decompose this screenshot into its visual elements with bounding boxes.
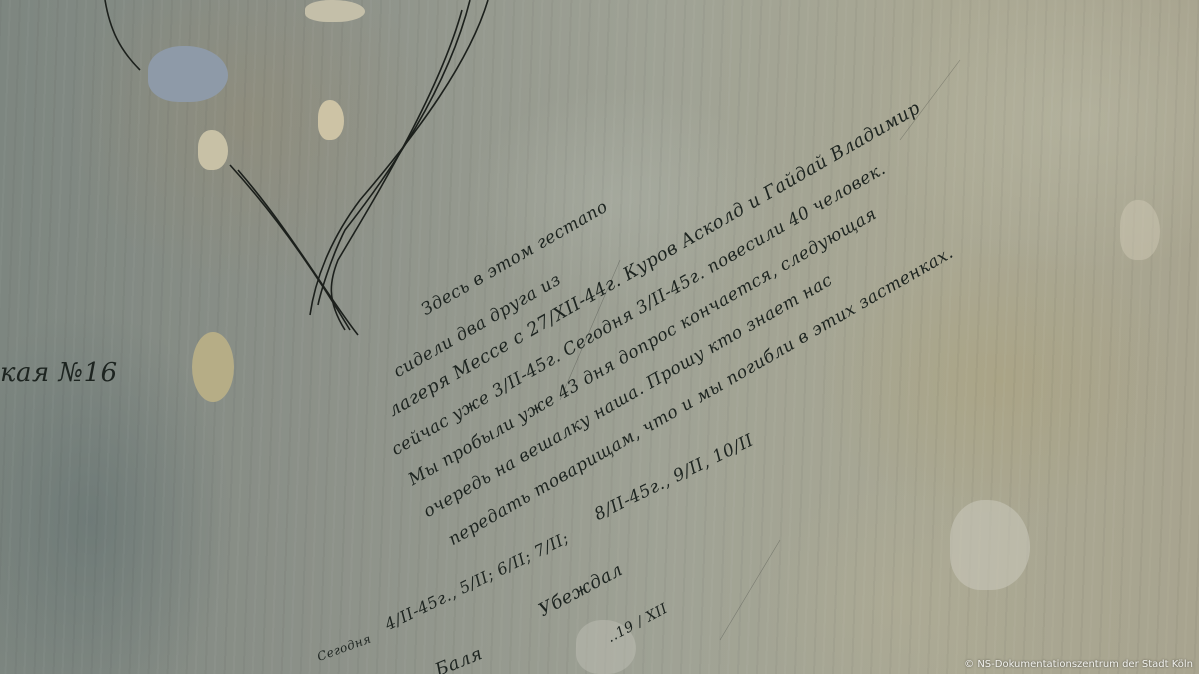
cell-number-label: кая №16 bbox=[0, 358, 118, 388]
photo-credit: © NS-Dokumentationszentrum der Stadt Köl… bbox=[964, 659, 1193, 670]
